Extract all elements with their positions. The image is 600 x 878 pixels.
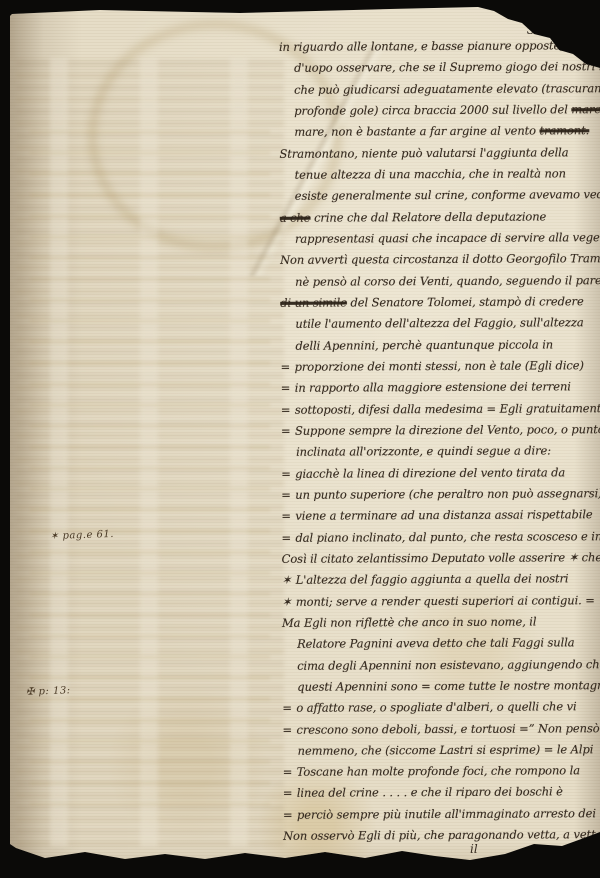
- handwritten-text: un punto superiore (che peraltro non può…: [295, 486, 600, 502]
- handwritten-text: mare, non è bastante a far argine al ven…: [294, 124, 539, 139]
- manuscript-line: =giacchè la linea di direzione del vento…: [281, 462, 599, 485]
- handwritten-text: monti; serve a render questi superiori a…: [296, 593, 595, 609]
- handwritten-text: crine che dal Relatore della deputazione: [310, 209, 546, 224]
- manuscript-line: =dal piano inclinato, dal punto, che res…: [281, 526, 599, 549]
- manuscript-line: =linea del crine . . . . e che il riparo…: [283, 782, 600, 805]
- ink-bleedthrough-texture-2: [30, 126, 270, 806]
- handwritten-text: sottoposti, difesi dalla medesima = Egli…: [295, 401, 600, 417]
- line-continuation-mark: ✶: [282, 591, 293, 612]
- handwritten-text: L'altezza del faggio aggiunta a quella d…: [296, 572, 569, 587]
- manuscript-line: questi Apennini sono = come tutte le nos…: [282, 675, 600, 698]
- handwritten-text: utile l'aumento dell'altezza del Faggio,…: [295, 316, 583, 332]
- margin-note-page-61: ✶ pag.e 61.: [50, 529, 114, 542]
- manuscript-line: cima degli Apennini non esistevano, aggi…: [282, 654, 600, 677]
- line-continuation-mark: =: [283, 805, 294, 826]
- line-continuation-mark: =: [281, 527, 292, 548]
- handwritten-text: in riguardo alle lontane, e basse pianur…: [279, 38, 578, 54]
- manuscript-line: =Suppone sempre la direzione del Vento, …: [281, 419, 599, 442]
- handwritten-text: Ma Egli non riflettè che anco in suo nom…: [282, 614, 537, 629]
- handwritten-text: crescono sono deboli, bassi, e tortuosi …: [296, 721, 599, 737]
- line-continuation-mark: =: [281, 399, 292, 420]
- manuscript-line: nemmeno, che (siccome Lastri si esprime)…: [283, 739, 600, 762]
- handwritten-text: viene a terminare ad una distanza assai …: [295, 507, 592, 523]
- manuscript-line: Relatore Pagnini aveva detto che tali Fa…: [282, 632, 600, 655]
- handwritten-text: Non osservò Egli di più, che paragonando…: [283, 827, 600, 843]
- line-continuation-mark: =: [283, 762, 294, 783]
- manuscript-line: tenue altezza di una macchia, che in rea…: [280, 163, 598, 186]
- struck-text: di un simile: [280, 295, 347, 309]
- manuscript-lines: in riguardo alle lontane, e basse pianur…: [279, 35, 600, 847]
- manuscript-line: inclinata all'orizzonte, e quindi segue …: [281, 440, 599, 463]
- manuscript-line: =Toscane han molte profonde foci, che ro…: [283, 760, 600, 783]
- manuscript-line: ✶L'altezza del faggio aggiunta a quella …: [282, 568, 600, 591]
- manuscript-line: esiste generalmente sul crine, conforme …: [280, 184, 598, 207]
- line-continuation-mark: =: [281, 463, 292, 484]
- handwritten-text: Toscane han molte profonde foci, che rom…: [297, 763, 580, 778]
- manuscript-line: mare, non è bastante a far argine al ven…: [279, 120, 597, 143]
- manuscript-line: a che crine che dal Relatore della deput…: [280, 206, 598, 229]
- line-continuation-mark: =: [281, 378, 292, 399]
- manuscript-text-block: in riguardo alle lontane, e basse pianur…: [279, 35, 600, 847]
- handwritten-text: d'uopo osservare, che se il Supremo giog…: [294, 59, 600, 75]
- handwritten-text: in rapporto alla maggiore estensione dei…: [295, 380, 571, 395]
- line-continuation-mark: =: [281, 421, 292, 442]
- manuscript-line: nè pensò al corso dei Venti, quando, seg…: [280, 270, 598, 293]
- manuscript-line: =crescono sono deboli, bassi, e tortuosi…: [282, 718, 600, 741]
- handwritten-text: dal piano inclinato, dal punto, che rest…: [295, 529, 600, 545]
- manuscript-line: rappresentasi quasi che incapace di serv…: [280, 227, 598, 250]
- line-continuation-mark: =: [281, 506, 292, 527]
- handwritten-text: Relatore Pagnini aveva detto che tali Fa…: [297, 635, 575, 650]
- line-continuation-mark: =: [283, 783, 294, 804]
- manuscript-paper-sheet: 5 in riguardo alle lontane, e basse pian…: [10, 6, 600, 868]
- manuscript-line: =sottoposti, difesi dalla medesima = Egl…: [281, 398, 599, 421]
- line-continuation-mark: =: [282, 698, 293, 719]
- handwritten-text: tenue altezza di una macchia, che in rea…: [295, 166, 566, 181]
- manuscript-line: =in rapporto alla maggiore estensione de…: [281, 376, 599, 399]
- manuscript-line: =un punto superiore (che peraltro non pu…: [281, 483, 599, 506]
- handwritten-text: proporzione dei monti stessi, non è tale…: [295, 358, 584, 374]
- manuscript-line: Non osservò Egli di più, che paragonando…: [283, 824, 600, 847]
- manuscript-line: delli Apennini, perchè quantunque piccol…: [280, 334, 598, 357]
- manuscript-line: utile l'aumento dell'altezza del Faggio,…: [280, 312, 598, 335]
- handwritten-text: questi Apennini sono = come tutte le nos…: [297, 678, 600, 694]
- handwritten-text: Suppone sempre la direzione del Vento, p…: [295, 422, 600, 438]
- handwritten-text: cima degli Apennini non esistevano, aggi…: [297, 657, 600, 673]
- handwritten-text: nemmeno, che (siccome Lastri si esprime)…: [298, 742, 594, 758]
- line-continuation-mark: =: [281, 357, 292, 378]
- manuscript-line: Così il citato zelantissimo Deputato vol…: [282, 547, 600, 570]
- handwritten-text: linea del crine . . . . e che il riparo …: [297, 785, 563, 800]
- handwritten-text: esiste generalmente sul crine, conforme …: [295, 187, 600, 203]
- handwritten-text: delli Apennini, perchè quantunque piccol…: [295, 337, 553, 352]
- struck-text: tramont.: [539, 124, 589, 138]
- handwritten-text: perciò sempre più inutile all'immaginato…: [297, 806, 600, 822]
- struck-text: mare: [571, 102, 600, 116]
- struck-text: a che: [280, 210, 311, 224]
- manuscript-line: profonde gole) circa braccia 2000 sul li…: [279, 99, 597, 122]
- manuscript-line: =proporzione dei monti stessi, non è tal…: [281, 355, 599, 378]
- catchword: il: [470, 842, 478, 856]
- handwritten-text: nè pensò al corso dei Venti, quando, seg…: [295, 273, 600, 289]
- manuscript-line: di un simile del Senatore Tolomei, stamp…: [280, 291, 598, 314]
- handwritten-text: Non avvertì questa circostanza il dotto …: [280, 251, 600, 267]
- line-continuation-mark: =: [282, 719, 293, 740]
- handwritten-text: profonde gole) circa braccia 2000 sul li…: [294, 102, 571, 117]
- handwritten-text: Così il citato zelantissimo Deputato vol…: [282, 550, 600, 566]
- manuscript-line: Ma Egli non riflettè che anco in suo nom…: [282, 611, 600, 634]
- handwritten-text: Stramontano, niente può valutarsi l'aggi…: [279, 145, 568, 161]
- manuscript-line: d'uopo osservare, che se il Supremo giog…: [279, 57, 597, 80]
- manuscript-line: =perciò sempre più inutile all'immaginat…: [283, 803, 600, 826]
- line-continuation-mark: =: [281, 485, 292, 506]
- handwritten-text: del Senatore Tolomei, stampò di credere: [347, 294, 584, 309]
- scanned-manuscript-page: { "page": { "number": "5", "catchword": …: [0, 0, 600, 878]
- manuscript-line: in riguardo alle lontane, e basse pianur…: [279, 35, 597, 58]
- manuscript-line: =o affatto rase, o spogliate d'alberi, o…: [282, 696, 600, 719]
- struck-text: d'uopo: [578, 38, 600, 52]
- manuscript-line: Stramontano, niente può valutarsi l'aggi…: [279, 142, 597, 165]
- handwritten-text: o affatto rase, o spogliate d'alberi, o …: [296, 699, 576, 714]
- manuscript-line: ✶monti; serve a render questi superiori …: [282, 590, 600, 613]
- margin-note-p-13: ✠ p: 13:: [26, 685, 71, 698]
- manuscript-line: che può giudicarsi adeguatamente elevato…: [279, 78, 597, 101]
- handwritten-text: che può giudicarsi adeguatamente elevato…: [294, 81, 600, 97]
- handwritten-text: rappresentasi quasi che incapace di serv…: [295, 230, 600, 246]
- manuscript-line: Non avvertì questa circostanza il dotto …: [280, 248, 598, 271]
- line-continuation-mark: ✶: [282, 570, 293, 591]
- handwritten-text: inclinata all'orizzonte, e quindi segue …: [296, 444, 551, 459]
- handwritten-text: giacchè la linea di direzione del vento …: [295, 465, 565, 480]
- manuscript-line: =viene a terminare ad una distanza assai…: [281, 504, 599, 527]
